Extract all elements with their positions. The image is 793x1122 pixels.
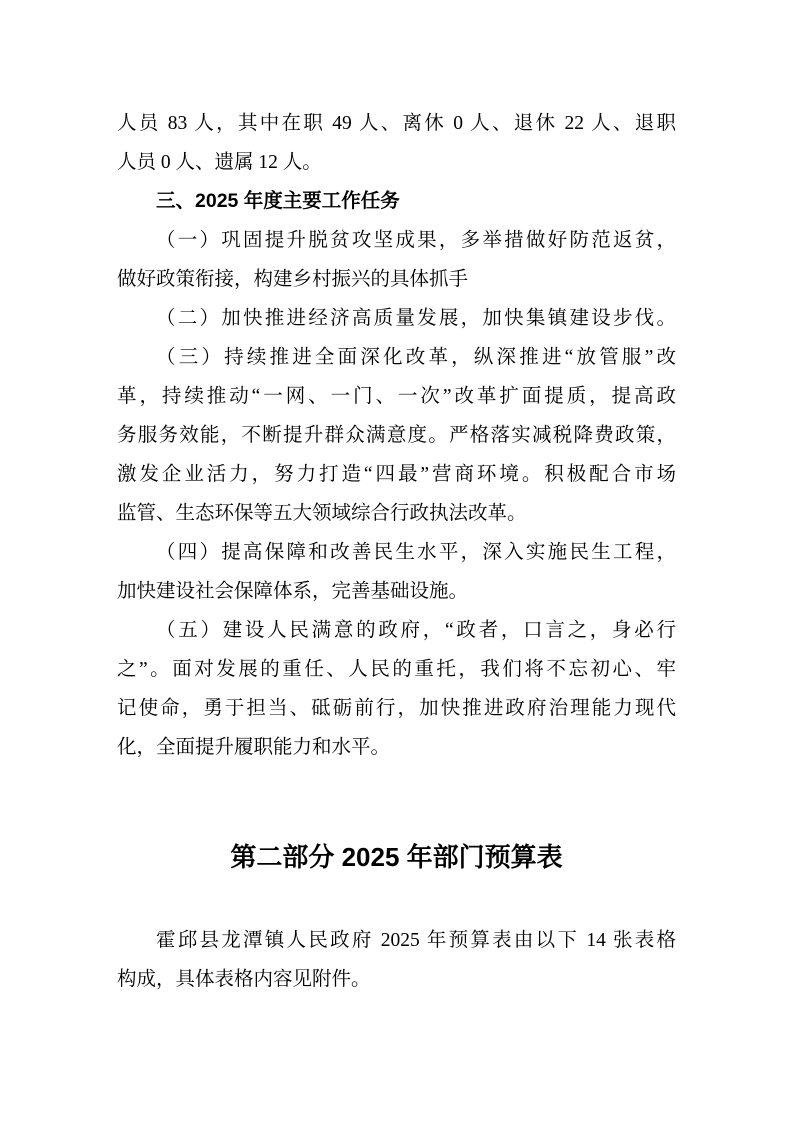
document-line: 激发企业活力，努力打造“四最”营商环境。积极配合市场 <box>117 455 676 494</box>
closing-paragraph-block: 霍邱县龙潭镇人民政府 2025 年预算表由以下 14 张表格 构成，具体表格内容… <box>117 921 676 999</box>
document-line: （二）加快推进经济高质量发展，加快集镇建设步伐。 <box>117 299 676 338</box>
document-line: 监管、生态环保等五大领域综合行政执法改革。 <box>117 494 676 533</box>
document-line: 之”。面对发展的重任、人民的重托，我们将不忘初心、牢 <box>117 650 676 689</box>
part2-section-heading: 第二部分 2025 年部门预算表 <box>117 840 676 874</box>
document-line: （三）持续推进全面深化改革，纵深推进“放管服”改 <box>117 338 676 377</box>
document-line: （五）建设人民满意的政府，“政者，口言之，身必行 <box>117 611 676 650</box>
document-line: 人员 83 人，其中在职 49 人、离休 0 人、退休 22 人、退职 <box>117 104 676 143</box>
document-line: 务服务效能，不断提升群众满意度。严格落实减税降费政策， <box>117 416 676 455</box>
document-line: 霍邱县龙潭镇人民政府 2025 年预算表由以下 14 张表格 <box>117 921 676 960</box>
document-line: 做好政策衔接，构建乡村振兴的具体抓手 <box>117 260 676 299</box>
document-line: （一）巩固提升脱贫攻坚成果，多举措做好防范返贫， <box>117 221 676 260</box>
document-page: 人员 83 人，其中在职 49 人、离休 0 人、退休 22 人、退职 人员 0… <box>0 0 793 1122</box>
body-text-block: 人员 83 人，其中在职 49 人、离休 0 人、退休 22 人、退职 人员 0… <box>117 104 676 767</box>
document-line: 构成，具体表格内容见附件。 <box>117 960 676 999</box>
document-line: 化，全面提升履职能力和水平。 <box>117 728 676 767</box>
document-line: 记使命，勇于担当、砥砺前行，加快推进政府治理能力现代 <box>117 689 676 728</box>
document-line: 革，持续推动“一网、一门、一次”改革扩面提质，提高政 <box>117 377 676 416</box>
document-line: 人员 0 人、遗属 12 人。 <box>117 143 676 182</box>
section-subheading: 三、2025 年度主要工作任务 <box>117 182 676 221</box>
document-line: （四）提高保障和改善民生水平，深入实施民生工程， <box>117 533 676 572</box>
document-line: 加快建设社会保障体系，完善基础设施。 <box>117 572 676 611</box>
